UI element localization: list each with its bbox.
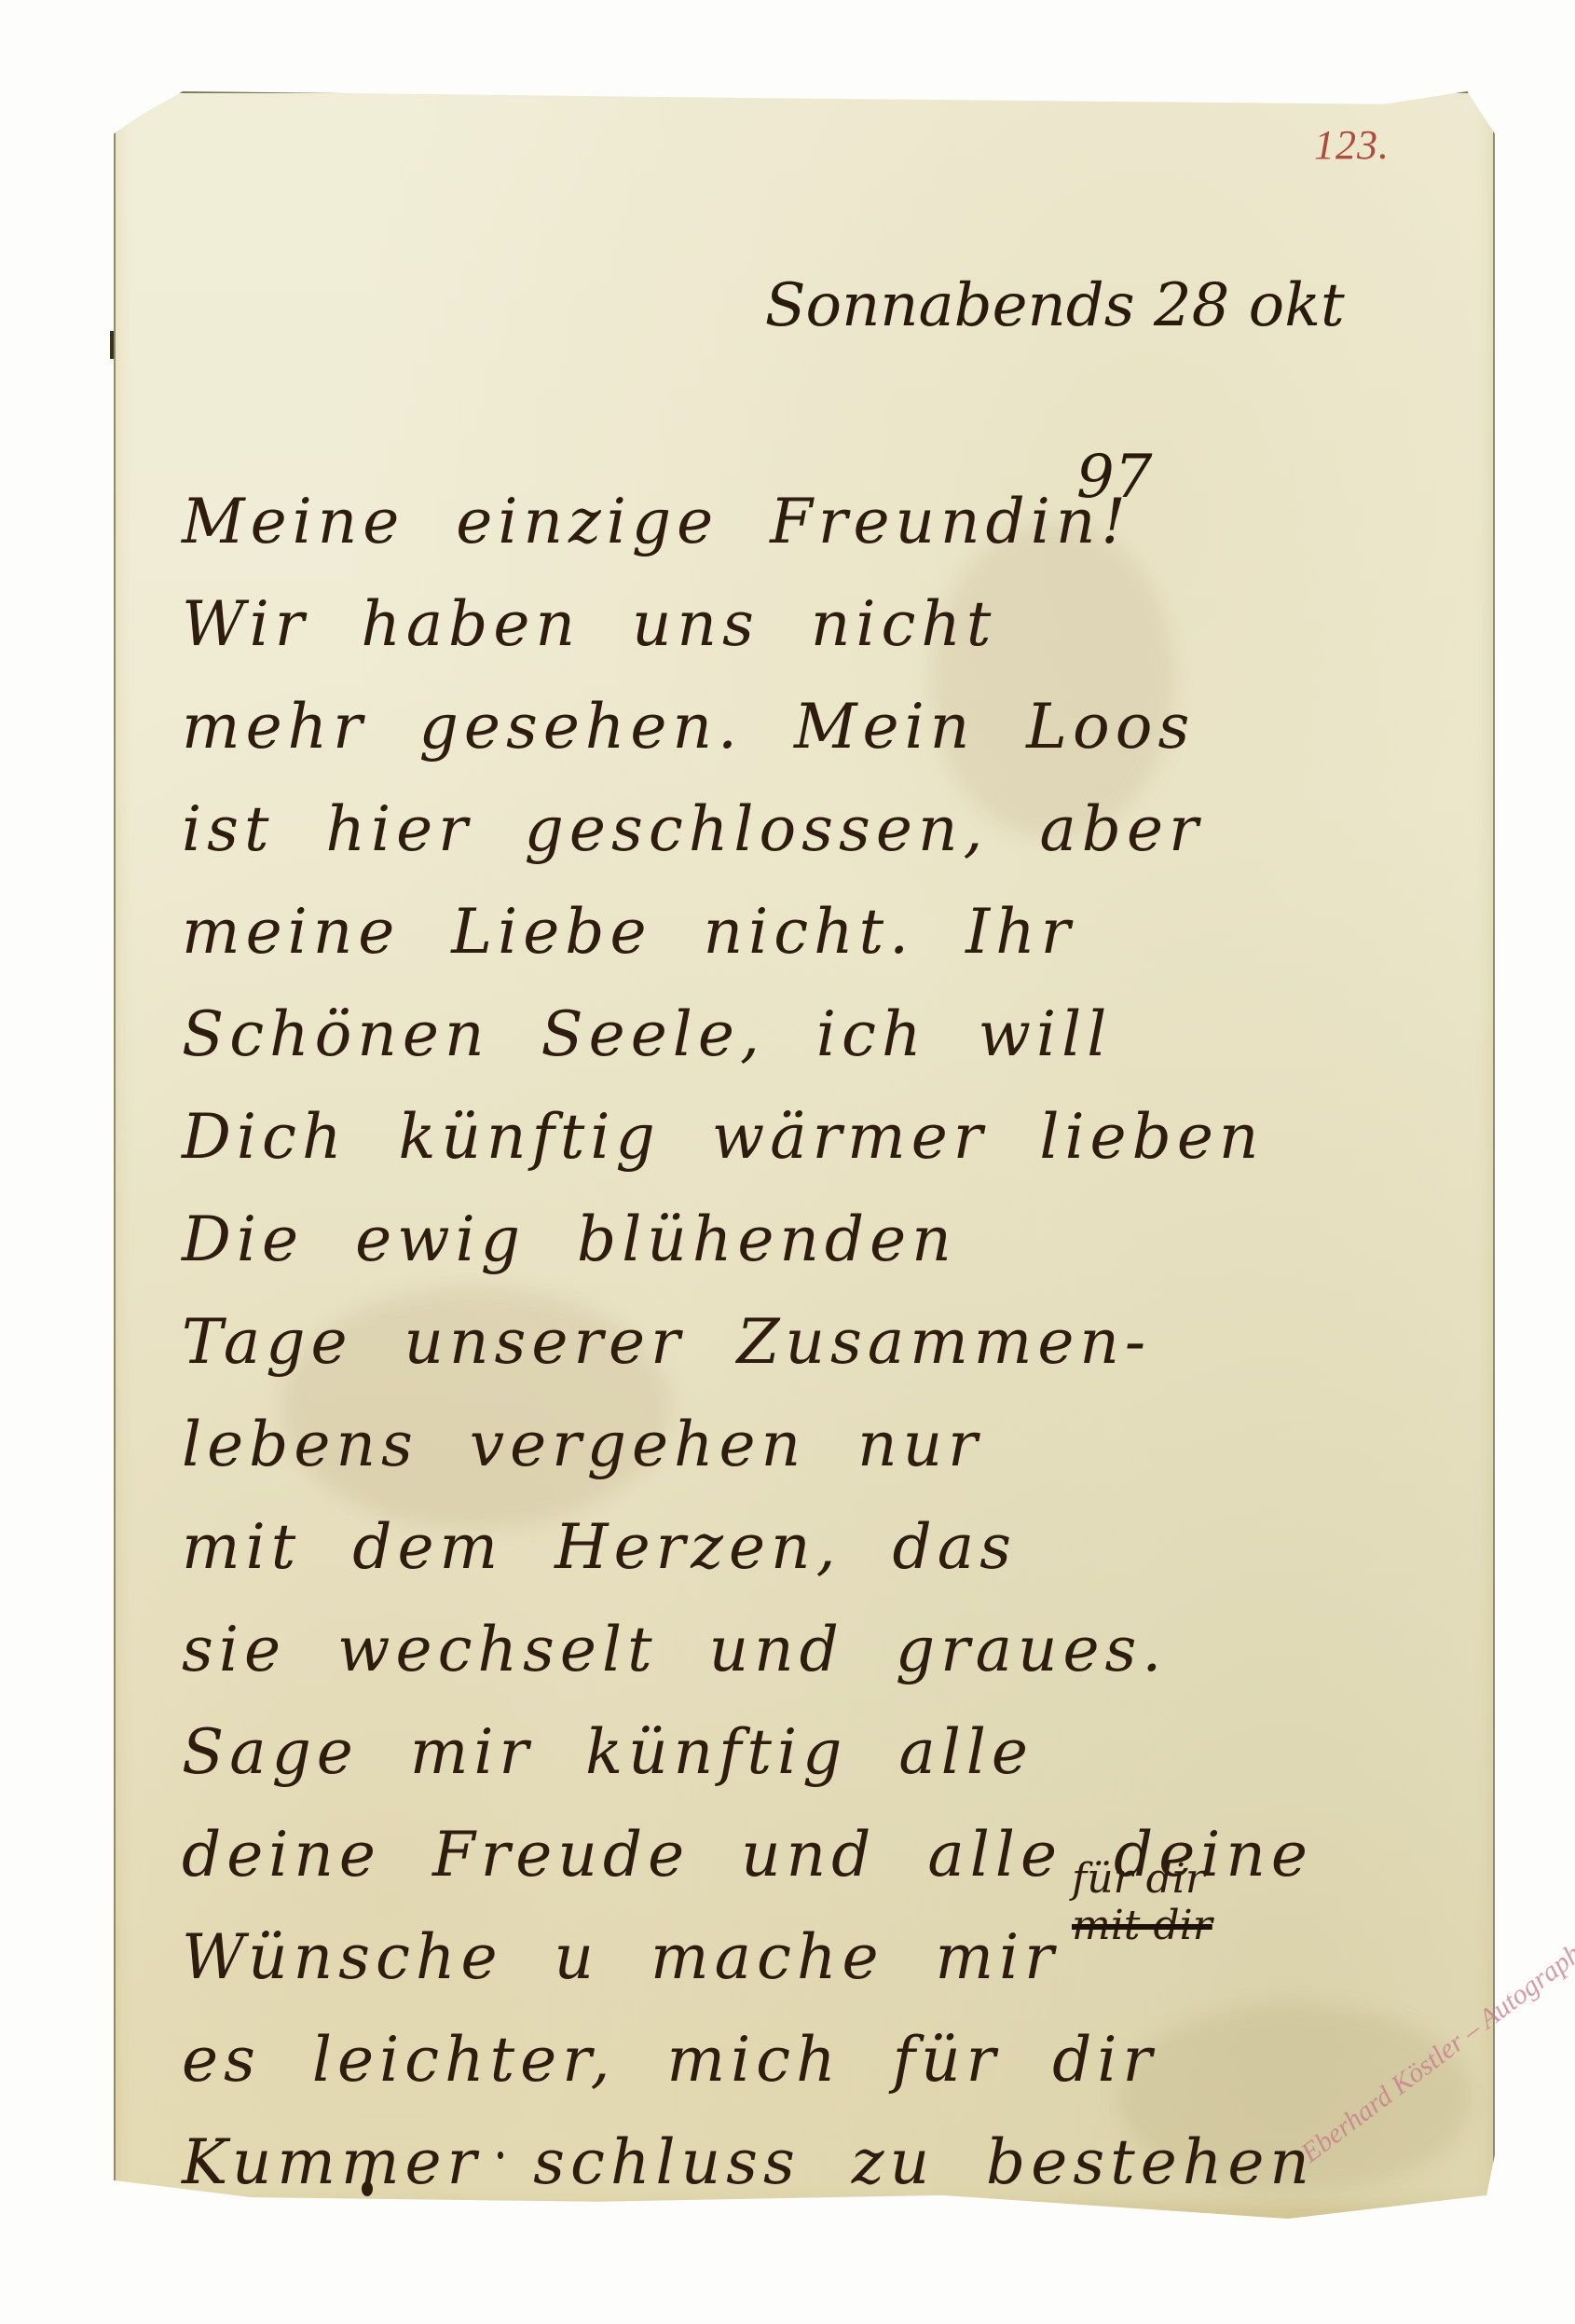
letter-line: meine Liebe nicht. Ihr (182, 881, 1468, 983)
letter-line: Wünsche u mache mir (182, 1906, 1468, 2009)
letter-line: Meine einzige Freundin! (182, 471, 1468, 573)
letter-line: ist hier geschlossen, aber (182, 778, 1468, 881)
letter-line: Dich künftig wärmer lieben (182, 1086, 1468, 1189)
letter-line: Sage mir künftig alle (182, 1701, 1468, 1804)
letter-line: sie wechselt und graues. (182, 1599, 1468, 1701)
letter-line: deine Freude und alle deine (182, 1804, 1468, 1906)
ink-dot (362, 2181, 373, 2196)
letter-line: es leichter, mich für dir (182, 2009, 1468, 2111)
interlinear-insertion: für dir (1072, 1855, 1205, 1903)
ink-dot (498, 2152, 503, 2159)
letter-line: Die ewig blühenden (182, 1189, 1468, 1291)
place-and-date: Sonnabends 28 okt (765, 271, 1345, 340)
letter-line: Kummer schluss zu bestehen (182, 2111, 1468, 2214)
letter-body: Meine einzige Freundin! Wir haben uns ni… (182, 471, 1468, 2214)
letter-line: Schönen Seele, ich will (182, 983, 1468, 1086)
paper-edge-mark (110, 331, 114, 359)
letter-line: mit dem Herzen, das (182, 1496, 1468, 1599)
struck-text: mit dir (1072, 1902, 1212, 1949)
letter-line: lebens vergehen nur (182, 1394, 1468, 1496)
letter-line: mehr gesehen. Mein Loos (182, 676, 1468, 778)
letter-line: Tage unserer Zusammen- (182, 1291, 1468, 1394)
letter-line: Wir haben uns nicht (182, 573, 1468, 676)
archive-number: 123. (1314, 121, 1390, 169)
